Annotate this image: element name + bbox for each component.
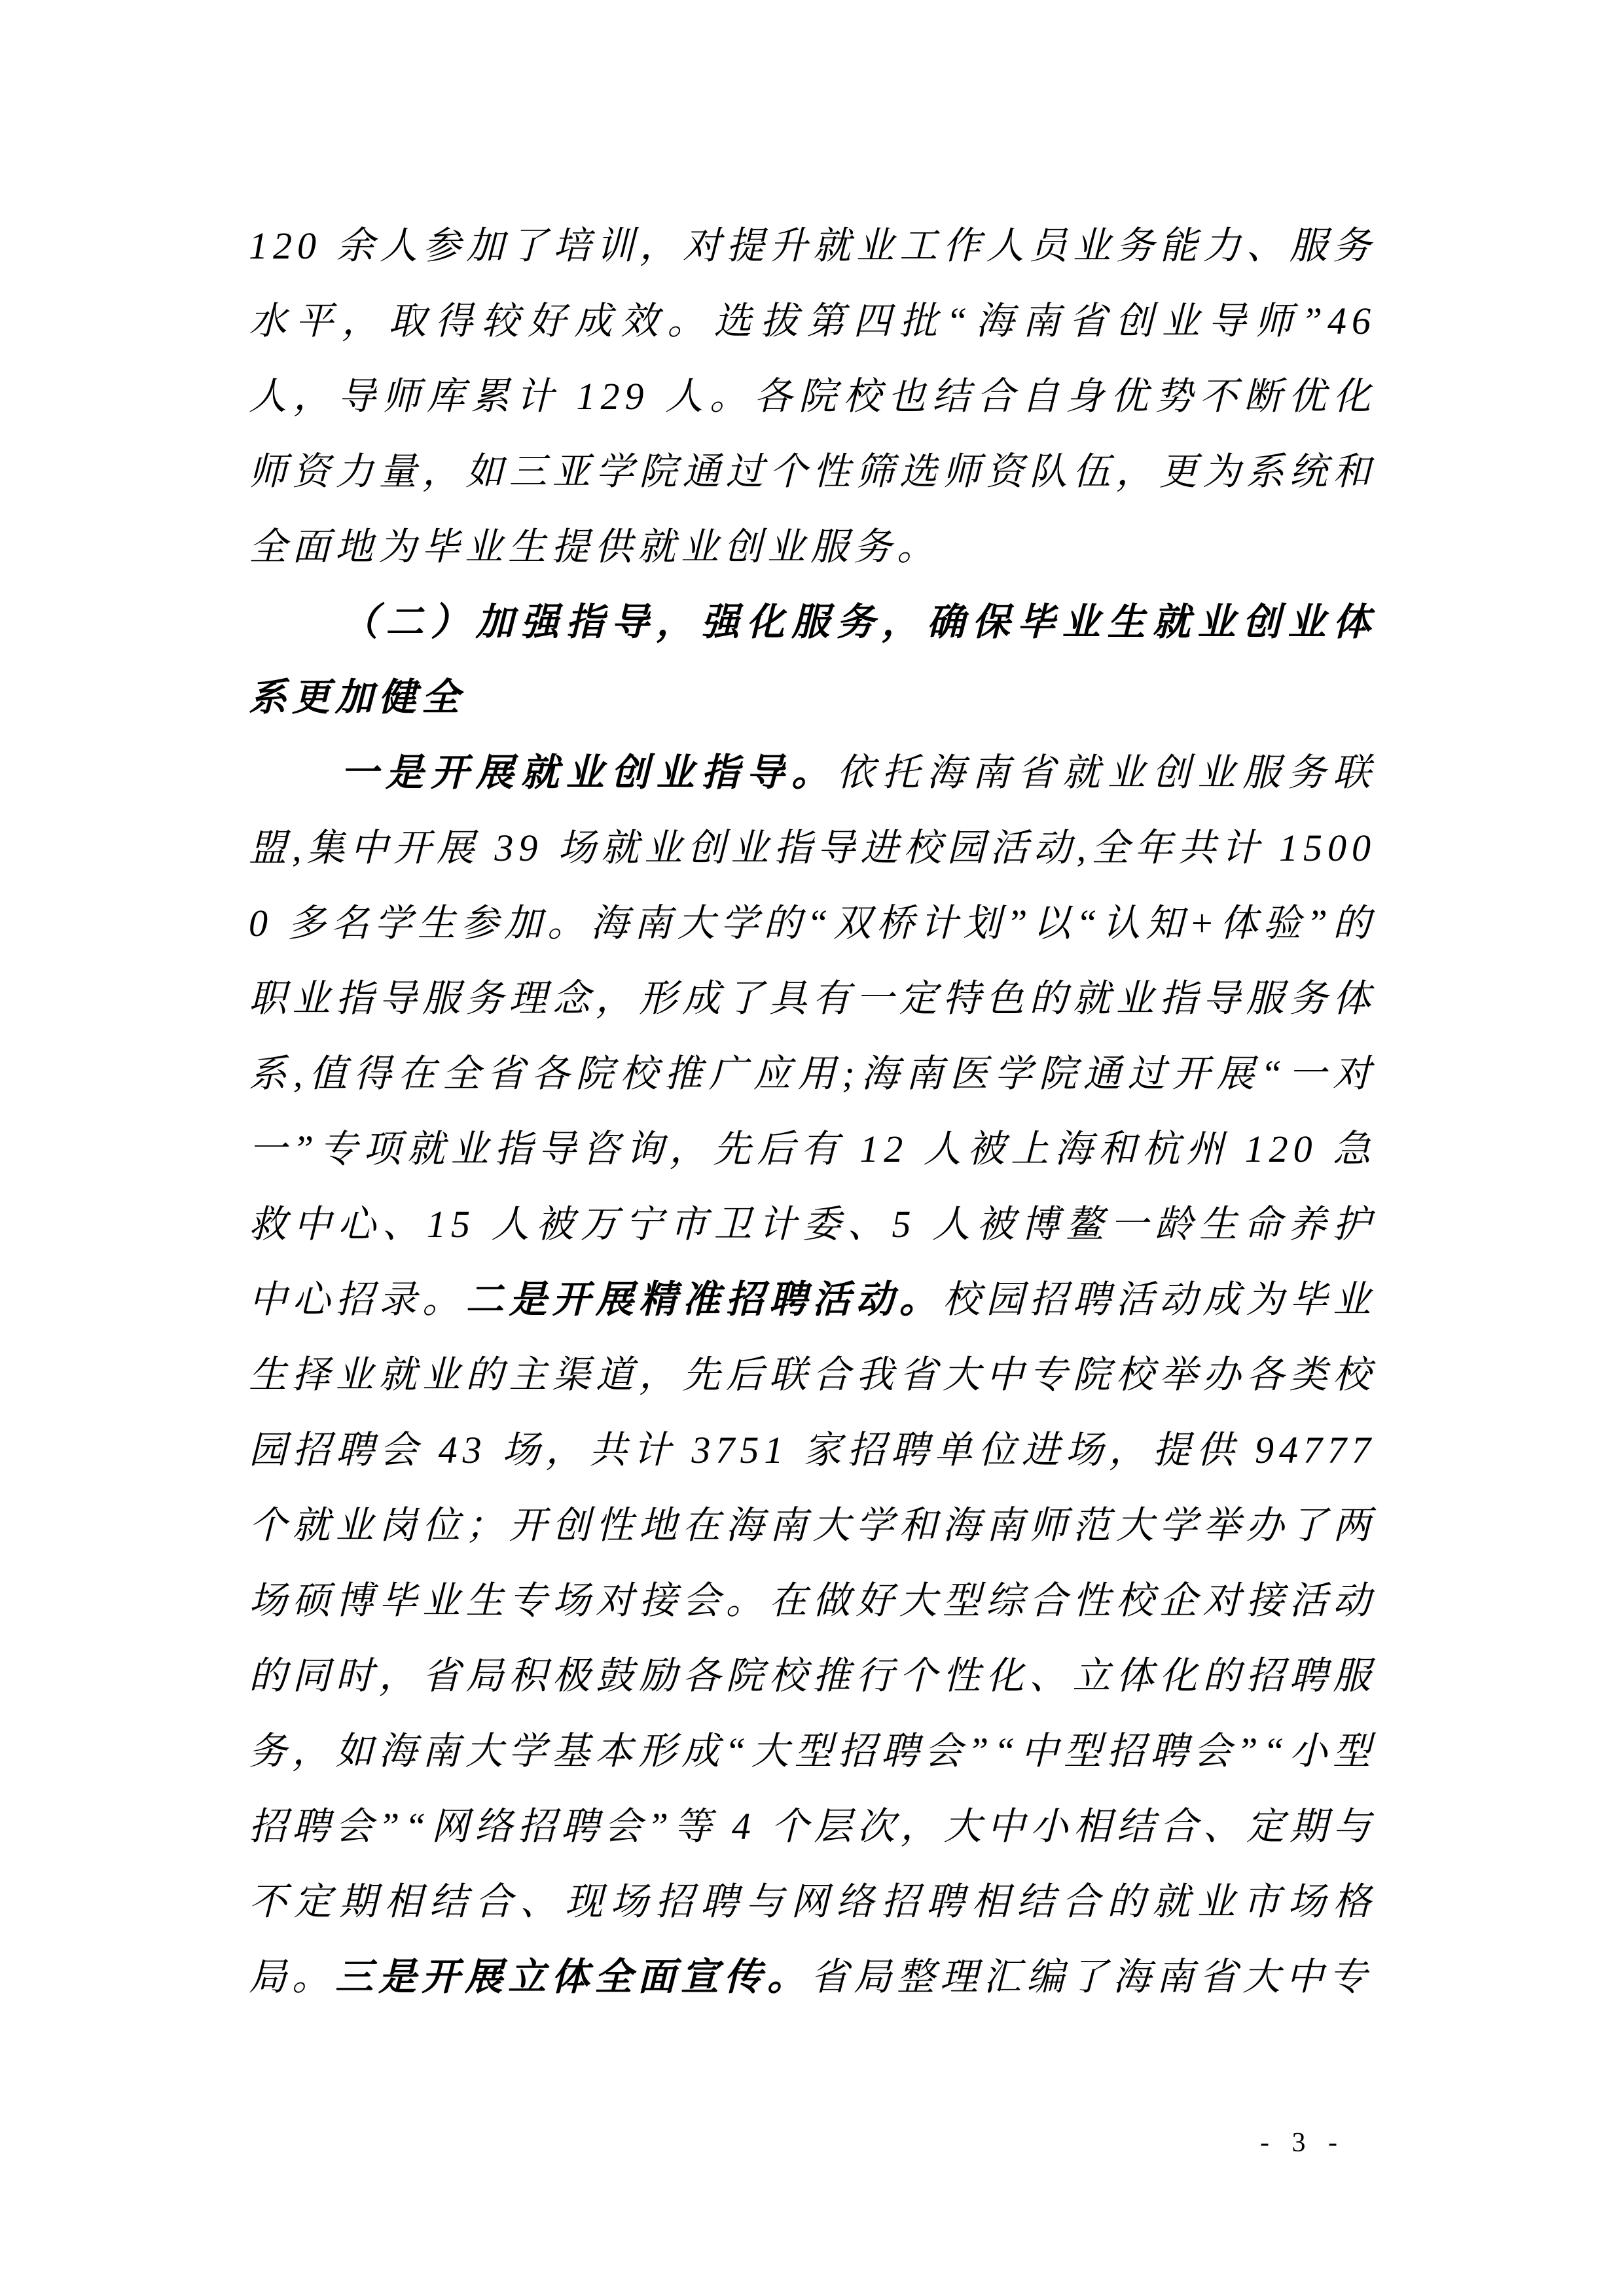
continuation-paragraph: 120 余人参加了培训，对提升就业工作人员业务能力、服务水平，取得较好成效。选拔… [249,208,1376,584]
section-heading: （二）加强指导，强化服务，确保毕业生就业创业体系更加健全 [249,584,1376,735]
paragraph-text: 省局整理汇编了海南省大中专 [810,1956,1372,1998]
document-page: 120 余人参加了培训，对提升就业工作人员业务能力、服务水平，取得较好成效。选拔… [0,0,1624,2296]
runin-heading-one: 一是开展就业创业指导。 [340,751,837,794]
runin-heading-three: 三是开展立体全面宣传。 [335,1956,810,1998]
runin-heading-two: 二是开展精准招聘活动。 [465,1278,943,1321]
page-number: - 3 - [1260,2126,1345,2160]
paragraph-text: 120 余人参加了培训，对提升就业工作人员业务能力、服务水平，取得较好成效。选拔… [249,224,1376,568]
paragraph-text: 依托海南省就业创业服务联盟,集中开展 39 场就业创业指导进校园活动,全年共计 … [249,751,1376,1321]
paragraph-text: 校园招聘活动成为毕业生择业就业的主渠道，先后联合我省大中专院校举办各类校园招聘会… [249,1278,1376,1998]
document-body: 120 余人参加了培训，对提升就业工作人员业务能力、服务水平，取得较好成效。选拔… [249,208,1376,2015]
section-heading-text: （二）加强指导，强化服务，确保毕业生就业创业体系更加健全 [249,601,1376,719]
body-paragraph: 一是开展就业创业指导。依托海南省就业创业服务联盟,集中开展 39 场就业创业指导… [249,735,1376,2015]
